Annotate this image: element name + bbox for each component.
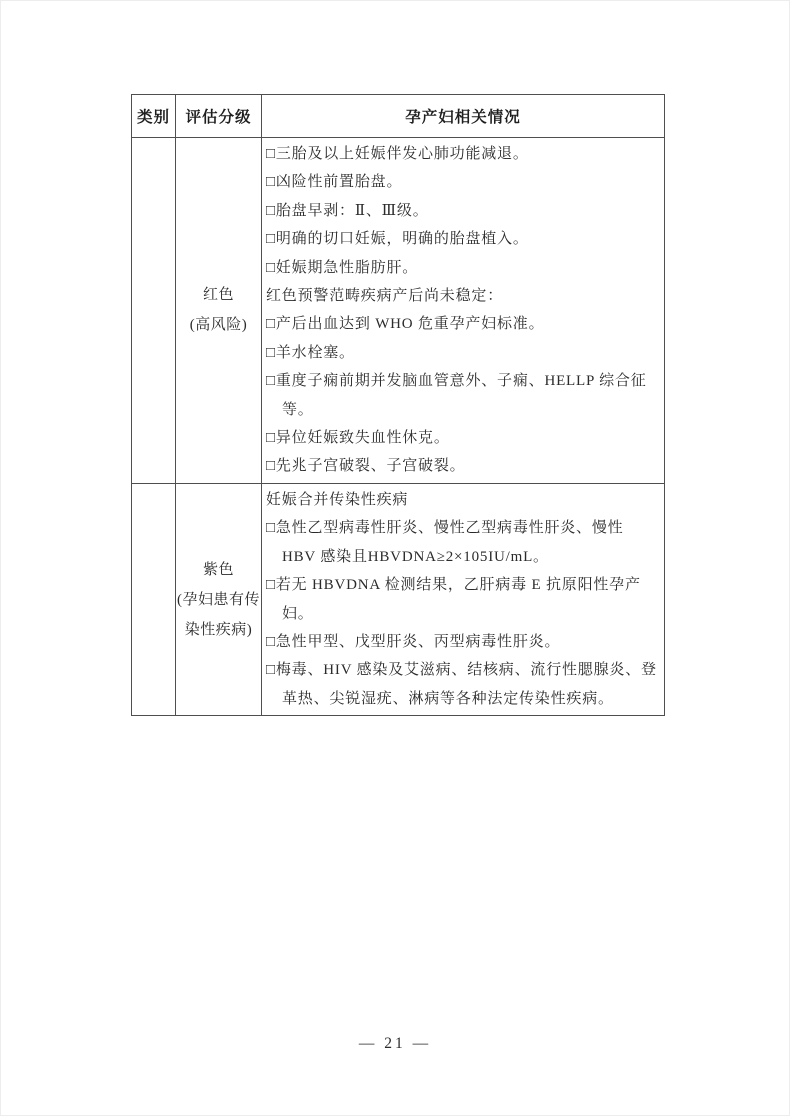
checklist-item: □梅毒、HIV 感染及艾滋病、结核病、流行性腮腺炎、登革热、尖锐湿疣、淋病等各种… — [266, 656, 661, 713]
details-cell: 妊娠合并传染性疾病□急性乙型病毒性肝炎、慢性乙型病毒性肝炎、慢性 HBV 感染且… — [262, 483, 665, 715]
document-page: 类别评估分级孕产妇相关情况 红色(高风险)□三胎及以上妊娠伴发心肺功能减退。□凶… — [0, 0, 790, 1116]
table-header: 类别评估分级孕产妇相关情况 — [132, 95, 665, 138]
table-header-row: 类别评估分级孕产妇相关情况 — [132, 95, 665, 138]
checklist-item: □急性甲型、戊型肝炎、丙型病毒性肝炎。 — [266, 628, 661, 656]
detail-heading: 红色预警范畴疾病产后尚未稳定： — [266, 282, 661, 310]
category-cell — [132, 138, 176, 484]
checklist-item: □先兆子宫破裂、子宫破裂。 — [266, 452, 661, 480]
header-cell-grade: 评估分级 — [176, 95, 262, 138]
checklist-item: □异位妊娠致失血性休克。 — [266, 424, 661, 452]
table-body: 红色(高风险)□三胎及以上妊娠伴发心肺功能减退。□凶险性前置胎盘。□胎盘早剥：Ⅱ… — [132, 138, 665, 716]
checklist-item: □妊娠期急性脂肪肝。 — [266, 254, 661, 282]
checklist-item: □三胎及以上妊娠伴发心肺功能减退。 — [266, 140, 661, 168]
table-row: 紫色(孕妇患有传染性疾病)妊娠合并传染性疾病□急性乙型病毒性肝炎、慢性乙型病毒性… — [132, 483, 665, 715]
checklist-item: □胎盘早剥：Ⅱ、Ⅲ级。 — [266, 197, 661, 225]
grade-cell: 红色(高风险) — [176, 138, 262, 484]
table-row: 红色(高风险)□三胎及以上妊娠伴发心肺功能减退。□凶险性前置胎盘。□胎盘早剥：Ⅱ… — [132, 138, 665, 484]
checklist-item: □若无 HBVDNA 检测结果，乙肝病毒 E 抗原阳性孕产妇。 — [266, 571, 661, 628]
checklist-item: □重度子痫前期并发脑血管意外、子痫、HELLP 综合征等。 — [266, 367, 661, 424]
grade-cell: 紫色(孕妇患有传染性疾病) — [176, 483, 262, 715]
header-cell-category: 类别 — [132, 95, 176, 138]
checklist-item: □急性乙型病毒性肝炎、慢性乙型病毒性肝炎、慢性 HBV 感染且HBVDNA≥2×… — [266, 514, 661, 571]
page-number: — 21 — — [1, 1035, 789, 1053]
checklist-item: □产后出血达到 WHO 危重孕产妇标准。 — [266, 310, 661, 338]
header-cell-details: 孕产妇相关情况 — [262, 95, 665, 138]
details-cell: □三胎及以上妊娠伴发心肺功能减退。□凶险性前置胎盘。□胎盘早剥：Ⅱ、Ⅲ级。□明确… — [262, 138, 665, 484]
detail-heading: 妊娠合并传染性疾病 — [266, 486, 661, 514]
assessment-table: 类别评估分级孕产妇相关情况 红色(高风险)□三胎及以上妊娠伴发心肺功能减退。□凶… — [131, 94, 665, 716]
category-cell — [132, 483, 176, 715]
checklist-item: □凶险性前置胎盘。 — [266, 168, 661, 196]
checklist-item: □明确的切口妊娠，明确的胎盘植入。 — [266, 225, 661, 253]
checklist-item: □羊水栓塞。 — [266, 339, 661, 367]
